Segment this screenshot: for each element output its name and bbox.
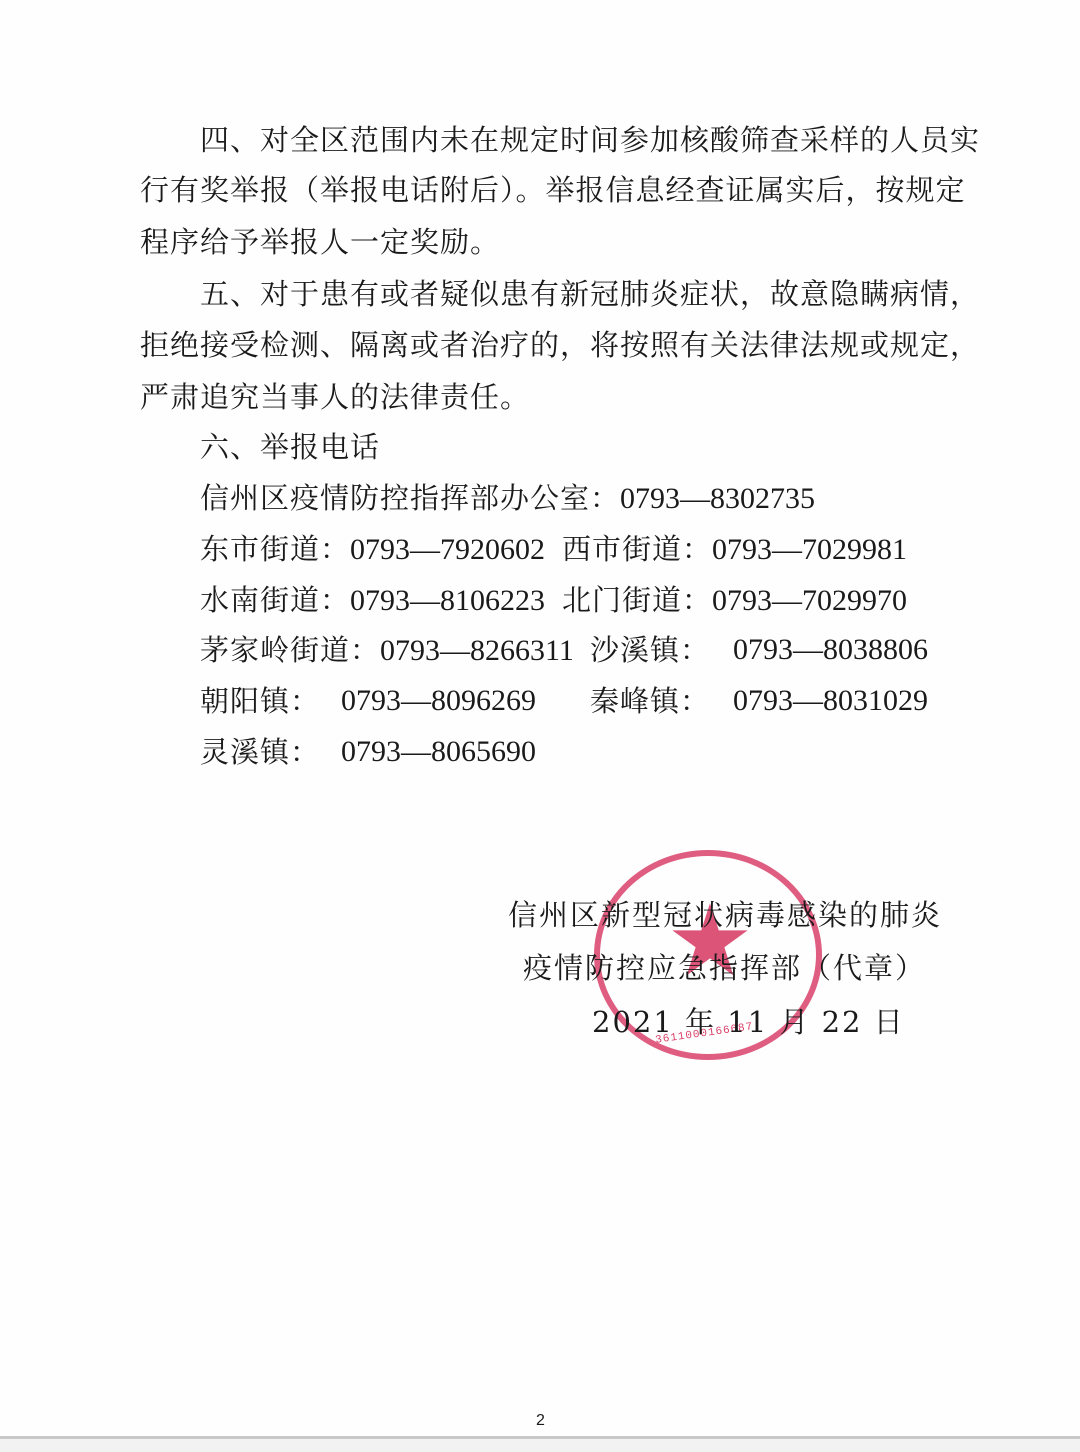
hotline-phone: 0793—7029981 [712,533,907,566]
hotline-item: 灵溪镇： [200,734,320,770]
hotline-name: 信州区疫情防控指挥部办公室： [200,481,620,515]
hotline-heading: 六、举报电话 [200,429,380,465]
signature-date: 2021 年 11 月 22 日 [592,1000,905,1041]
page-number: 2 [536,1412,545,1430]
hotline-phone: 0793—8266311 [380,634,574,667]
hotline-name: 水南街道： [200,583,350,617]
hotline-phone: 0793—8302735 [620,482,815,515]
hotline-name: 北门街道： [562,583,712,617]
hotline-item: 秦峰镇： [590,683,710,719]
item5-line2: 拒绝接受检测、隔离或者治疗的，将按照有关法律法规或规定， [140,327,980,363]
item5-line1: 五、对于患有或者疑似患有新冠肺炎症状，故意隐瞒病情， [200,276,980,312]
hotline-item: 水南街道：0793—8106223 [200,582,545,619]
hotline-name: 茅家岭街道： [200,633,380,667]
hotline-item: 信州区疫情防控指挥部办公室：0793—8302735 [200,480,815,517]
hotline-phone: 0793—8038806 [733,632,928,668]
signature-org-line1: 信州区新型冠状病毒感染的肺炎 [508,893,942,934]
hotline-item: 东市街道：0793—7920602 [200,531,545,568]
hotline-phone: 0793—8065690 [341,734,536,770]
item4-line3: 程序给予举报人一定奖励。 [140,224,500,260]
hotline-item: 朝阳镇： [200,683,320,719]
item5-line3: 严肃追究当事人的法律责任。 [140,379,530,415]
hotline-phone: 0793—7029970 [712,584,907,617]
hotline-item: 茅家岭街道：0793—8266311 [200,632,574,669]
hotline-phone: 0793—8106223 [350,584,545,617]
hotline-name: 秦峰镇： [590,684,710,718]
hotline-name: 西市街道： [562,532,712,566]
hotline-phone: 0793—8031029 [733,683,928,719]
hotline-item: 西市街道：0793—7029981 [562,531,907,568]
hotline-name: 朝阳镇： [200,684,320,718]
hotline-item: 沙溪镇： [590,632,710,668]
item4-line2: 行有奖举报（举报电话附后）。举报信息经查证属实后，按规定 [140,172,966,208]
hotline-name: 灵溪镇： [200,735,320,769]
hotline-name: 沙溪镇： [590,633,710,667]
item4-line1: 四、对全区范围内未在规定时间参加核酸筛查采样的人员实 [200,122,980,158]
hotline-item: 北门街道：0793—7029970 [562,582,907,619]
hotline-name: 东市街道： [200,532,350,566]
signature-org-line2: 疫情防控应急指挥部（代章） [523,946,926,987]
document-page: 四、对全区范围内未在规定时间参加核酸筛查采样的人员实 行有奖举报（举报电话附后）… [0,0,1080,1436]
page-separator [0,1436,1080,1452]
hotline-phone: 0793—8096269 [341,683,536,719]
hotline-phone: 0793—7920602 [350,533,545,566]
